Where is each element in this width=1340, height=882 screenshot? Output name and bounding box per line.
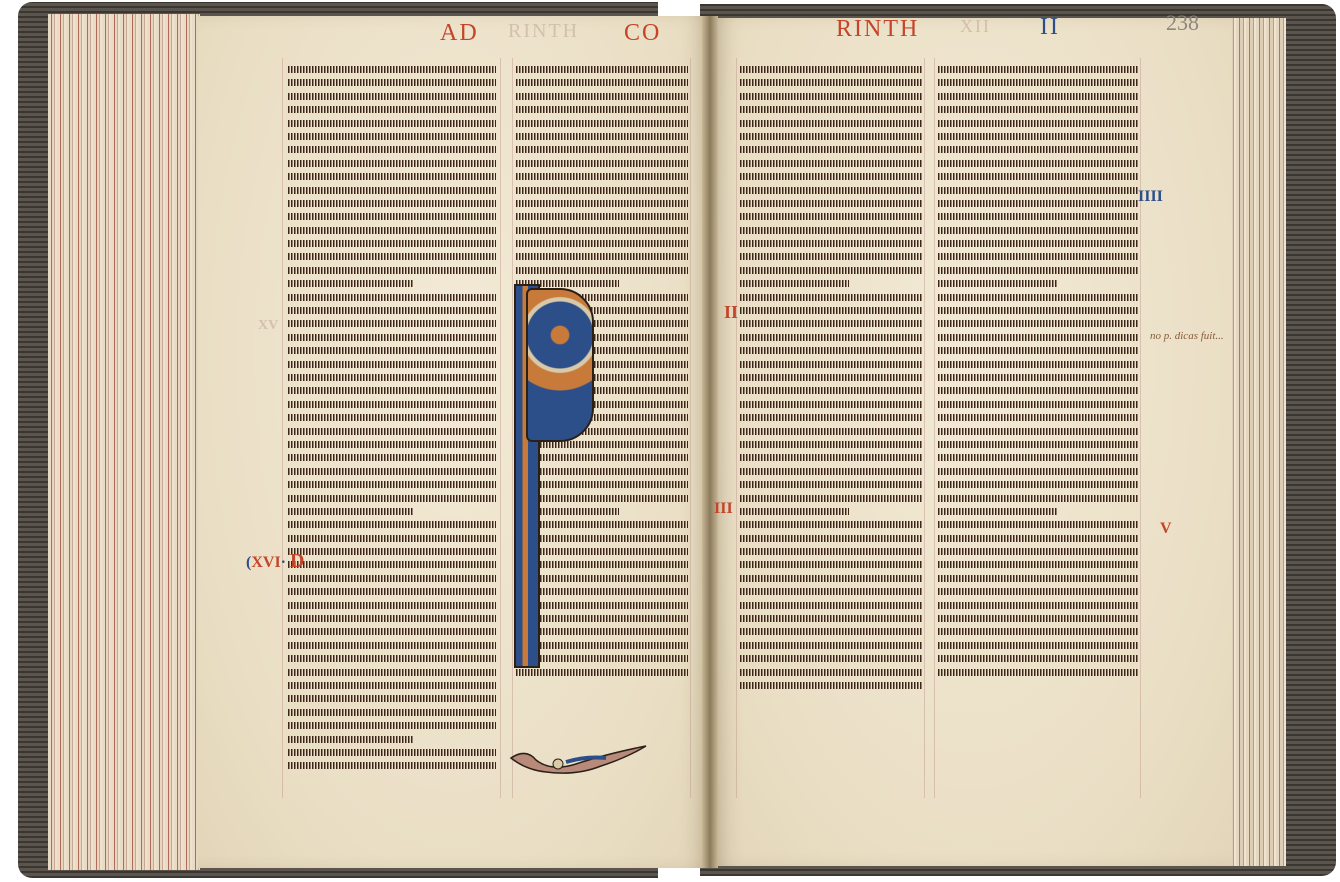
script-line xyxy=(288,624,496,637)
script-line xyxy=(938,316,1138,329)
script-line xyxy=(288,209,496,222)
script-line xyxy=(938,290,1138,303)
script-line xyxy=(938,477,1138,490)
running-head-right-faint: XII xyxy=(960,16,991,37)
script-line xyxy=(516,156,688,169)
script-line xyxy=(516,236,688,249)
script-line xyxy=(740,383,922,396)
script-line xyxy=(288,343,496,356)
script-line xyxy=(740,276,849,289)
script-line xyxy=(938,169,1138,182)
script-line xyxy=(288,517,496,530)
chapter-marker-faint: XV xyxy=(258,318,278,334)
script-line xyxy=(938,209,1138,222)
script-line xyxy=(740,357,922,370)
script-line xyxy=(938,183,1138,196)
script-line xyxy=(288,477,496,490)
script-line xyxy=(740,75,922,88)
script-line xyxy=(516,89,688,102)
script-line xyxy=(288,598,496,611)
script-line xyxy=(288,437,496,450)
script-line xyxy=(516,183,688,196)
script-line xyxy=(740,410,922,423)
ruling-line xyxy=(924,58,925,798)
script-line xyxy=(740,477,922,490)
script-line xyxy=(288,410,496,423)
chapter-marker-ii: II xyxy=(724,302,738,323)
script-line xyxy=(288,383,496,396)
script-line xyxy=(288,156,496,169)
script-line xyxy=(938,89,1138,102)
script-line xyxy=(938,156,1138,169)
illuminated-initial-p xyxy=(508,284,600,684)
script-line xyxy=(938,531,1138,544)
script-line xyxy=(740,557,922,570)
script-line xyxy=(740,571,922,584)
script-line xyxy=(938,370,1138,383)
running-head-text: AD xyxy=(440,20,479,46)
text-column-1 xyxy=(288,62,496,782)
script-line xyxy=(288,665,496,678)
text-column-3 xyxy=(740,62,922,692)
script-line xyxy=(288,290,496,303)
script-line xyxy=(288,584,496,597)
script-line xyxy=(938,424,1138,437)
script-line xyxy=(938,544,1138,557)
script-line xyxy=(938,437,1138,450)
script-line xyxy=(938,116,1138,129)
chapter-marker-iii: III xyxy=(714,500,733,518)
script-line xyxy=(740,62,922,75)
script-line xyxy=(938,330,1138,343)
dragon-terminal-icon xyxy=(506,740,656,780)
script-line xyxy=(938,517,1138,530)
script-line xyxy=(740,598,922,611)
script-line xyxy=(740,236,922,249)
script-line xyxy=(288,638,496,651)
script-line xyxy=(740,611,922,624)
script-line xyxy=(938,665,1138,678)
script-line xyxy=(938,276,1058,289)
script-line xyxy=(516,116,688,129)
script-line xyxy=(288,129,496,142)
script-line xyxy=(740,142,922,155)
script-line xyxy=(288,557,496,570)
script-line xyxy=(288,678,496,691)
script-line xyxy=(288,718,496,731)
ruling-line xyxy=(736,58,737,798)
script-line xyxy=(938,638,1138,651)
initial-bowl xyxy=(526,288,594,442)
script-line xyxy=(288,691,496,704)
script-line xyxy=(740,183,922,196)
script-line xyxy=(938,397,1138,410)
script-line xyxy=(938,102,1138,115)
script-line xyxy=(288,330,496,343)
script-line xyxy=(740,491,922,504)
script-line xyxy=(516,249,688,262)
running-head-right-b: II xyxy=(1040,14,1060,41)
script-line xyxy=(516,196,688,209)
script-line xyxy=(740,330,922,343)
script-line xyxy=(288,236,496,249)
chapter-marker-xvi: (XVI· D xyxy=(246,550,304,573)
folio-number: 238 xyxy=(1166,10,1199,36)
script-line xyxy=(288,745,496,758)
script-line xyxy=(938,571,1138,584)
script-line xyxy=(288,142,496,155)
script-line xyxy=(288,183,496,196)
ruling-line xyxy=(282,58,283,798)
script-line xyxy=(938,343,1138,356)
script-line xyxy=(740,223,922,236)
script-line xyxy=(740,263,922,276)
script-line xyxy=(938,129,1138,142)
script-line xyxy=(740,424,922,437)
script-line xyxy=(288,491,496,504)
script-line xyxy=(740,249,922,262)
script-line xyxy=(740,370,922,383)
script-line xyxy=(288,504,413,517)
script-line xyxy=(938,491,1138,504)
script-line xyxy=(740,116,922,129)
script-line xyxy=(740,397,922,410)
script-line xyxy=(288,102,496,115)
script-line xyxy=(516,223,688,236)
text-column-4 xyxy=(938,62,1138,682)
script-line xyxy=(740,196,922,209)
script-line xyxy=(288,705,496,718)
script-line xyxy=(938,223,1138,236)
script-line xyxy=(516,263,688,276)
script-line xyxy=(516,142,688,155)
running-head-left-b: CO xyxy=(624,20,661,47)
script-line xyxy=(938,303,1138,316)
script-line xyxy=(938,584,1138,597)
script-line xyxy=(938,196,1138,209)
script-line xyxy=(740,624,922,637)
script-line xyxy=(938,504,1058,517)
marginal-note: no p. dicas fuit... xyxy=(1150,330,1224,342)
running-head-left-a: AD xyxy=(440,20,479,47)
ruling-line xyxy=(934,58,935,798)
script-line xyxy=(740,544,922,557)
script-line xyxy=(938,75,1138,88)
script-line xyxy=(288,611,496,624)
script-line xyxy=(938,464,1138,477)
script-line xyxy=(288,276,413,289)
script-line xyxy=(288,196,496,209)
gutter xyxy=(702,16,718,868)
ruling-line xyxy=(690,58,691,798)
script-line xyxy=(740,504,849,517)
open-manuscript: AD RINTH CO RINTH XII II 238 (XVI· D XV … xyxy=(0,0,1340,882)
script-line xyxy=(288,571,496,584)
script-line xyxy=(288,303,496,316)
script-line xyxy=(740,678,922,691)
script-line xyxy=(938,557,1138,570)
script-line xyxy=(288,316,496,329)
script-line xyxy=(740,464,922,477)
chapter-marker-v: V xyxy=(1160,520,1172,538)
script-line xyxy=(938,598,1138,611)
script-line xyxy=(938,249,1138,262)
script-line xyxy=(740,437,922,450)
script-line xyxy=(288,464,496,477)
script-line xyxy=(740,531,922,544)
script-line xyxy=(740,303,922,316)
script-line xyxy=(740,517,922,530)
script-line xyxy=(288,116,496,129)
running-head-left-faint: RINTH xyxy=(508,20,579,43)
script-line xyxy=(740,169,922,182)
script-line xyxy=(288,758,496,771)
script-line xyxy=(288,169,496,182)
script-line xyxy=(288,450,496,463)
script-line xyxy=(288,89,496,102)
script-line xyxy=(740,89,922,102)
script-line xyxy=(288,651,496,664)
script-line xyxy=(288,223,496,236)
script-line xyxy=(740,290,922,303)
script-line xyxy=(516,102,688,115)
script-line xyxy=(740,651,922,664)
script-line xyxy=(740,343,922,356)
script-line xyxy=(516,75,688,88)
script-line xyxy=(740,638,922,651)
script-line xyxy=(740,209,922,222)
page-edges-left xyxy=(48,14,200,870)
page-edges-right xyxy=(1226,18,1286,866)
script-line xyxy=(516,169,688,182)
script-line xyxy=(938,357,1138,370)
script-line xyxy=(288,531,496,544)
script-line xyxy=(938,142,1138,155)
script-line xyxy=(288,544,496,557)
script-line xyxy=(740,665,922,678)
script-line xyxy=(288,370,496,383)
script-line xyxy=(740,316,922,329)
script-line xyxy=(288,357,496,370)
script-line xyxy=(516,62,688,75)
script-line xyxy=(288,62,496,75)
script-line xyxy=(288,263,496,276)
script-line xyxy=(938,263,1138,276)
script-line xyxy=(288,249,496,262)
script-line xyxy=(288,397,496,410)
script-line xyxy=(938,624,1138,637)
script-line xyxy=(938,62,1138,75)
ruling-line xyxy=(500,58,501,798)
script-line xyxy=(516,129,688,142)
script-line xyxy=(938,410,1138,423)
script-line xyxy=(938,450,1138,463)
running-head-right-a: RINTH xyxy=(836,16,919,43)
script-line xyxy=(740,129,922,142)
script-line xyxy=(938,236,1138,249)
script-line xyxy=(938,383,1138,396)
script-line xyxy=(938,611,1138,624)
script-line xyxy=(740,450,922,463)
ruling-line xyxy=(1140,58,1141,798)
script-line xyxy=(288,424,496,437)
script-line xyxy=(740,102,922,115)
script-line xyxy=(740,584,922,597)
script-line xyxy=(938,651,1138,664)
chapter-marker-iiii: IIII xyxy=(1138,188,1163,206)
script-line xyxy=(740,156,922,169)
script-line xyxy=(288,75,496,88)
script-line xyxy=(288,732,413,745)
script-line xyxy=(516,209,688,222)
